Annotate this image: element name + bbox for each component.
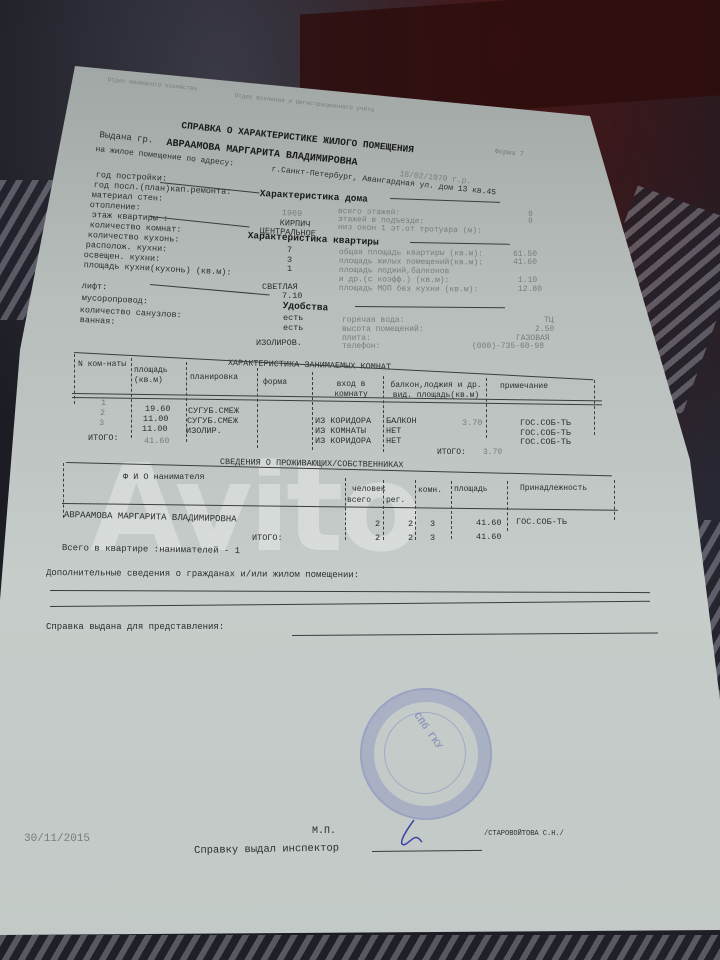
balcony-total-label: ИТОГО:	[437, 448, 466, 457]
residents-total-registered: 2	[408, 533, 413, 543]
phone-label: телефон:	[342, 342, 380, 351]
header-room-number: N ком-наты	[78, 360, 128, 370]
elevator-value: есть	[283, 313, 303, 323]
issued-to-label: Выдана гр.	[99, 130, 154, 146]
header-ownership: Принадлежность	[520, 484, 587, 493]
apartment-section-title: Характеристика квартиры	[247, 230, 379, 248]
form-label: Форма 7	[494, 148, 524, 159]
issue-date: 30/11/2015	[24, 833, 90, 845]
header-rooms: комн.	[418, 486, 442, 495]
residents-total-area: 41.60	[476, 532, 502, 542]
header-balcony: балкон,лоджия и др. вид. площадь(кв.м)	[386, 381, 486, 401]
signature-icon	[392, 818, 432, 848]
official-stamp: СПб ГКУ	[360, 688, 492, 820]
residents-total-rooms: 3	[430, 533, 435, 543]
header-entrance: вход в комнату	[322, 380, 380, 400]
rooms-total-label: ИТОГО:	[88, 433, 119, 443]
bathtub-value: ИЗОЛИРОВ.	[256, 338, 302, 348]
divider	[355, 306, 505, 308]
ceiling-height-value: 2.50	[535, 325, 554, 334]
balcony-total-value: 3.70	[483, 448, 502, 457]
phone-value: (000)-735-60-98	[472, 342, 544, 351]
divider	[390, 198, 500, 203]
common-area-label: площадь МОП без кухни (кв.м):	[339, 284, 478, 294]
living-area-value: 41.60	[513, 258, 537, 267]
blank-line	[50, 601, 650, 607]
header-full-name: Ф И О нанимателя	[123, 472, 205, 482]
house-section-title: Характеристика дома	[259, 188, 368, 205]
amenities-section-title: Удобства	[282, 300, 328, 313]
header-note: примечание	[500, 382, 548, 391]
signature-line	[372, 850, 482, 852]
header-area: площадь (кв.м)	[134, 366, 186, 386]
bathtub-label: ванная:	[79, 315, 115, 327]
inspector-name: /СТАРОВОЙТОВА С.Н./	[484, 830, 564, 838]
residents-total-label: ИТОГО:	[252, 533, 283, 543]
residents-total-people: 2	[375, 533, 380, 543]
floors-in-entrance-value: 9	[528, 217, 533, 226]
kitchen-count-value: 1	[287, 264, 292, 274]
header-people-total: всего	[347, 496, 371, 505]
header-people: человек	[352, 485, 386, 494]
issued-for-label: Справка выдана для представления:	[46, 622, 224, 632]
header-layout: планировка	[190, 373, 238, 382]
divider	[410, 242, 510, 245]
rooms-total-area: 41.60	[144, 436, 170, 446]
hot-water-label: горячая вода:	[342, 316, 404, 325]
housing-certificate: Avito Отдел жилищного хозяйства Отдел вс…	[0, 0, 720, 960]
stamp-label: М.П.	[312, 826, 336, 837]
header-small-left: Отдел жилищного хозяйства	[107, 76, 197, 92]
inspector-label: Справку выдал инспектор	[194, 842, 339, 857]
floor-value: 7	[287, 245, 292, 255]
hot-water-value: ТЦ	[544, 316, 554, 325]
balcony-coef-value: 1.10	[518, 276, 537, 285]
residents-summary: Всего в квартире :нанимателей - 1	[62, 543, 240, 556]
garbage-chute-label: мусоропровод:	[81, 293, 148, 306]
ceiling-height-label: высота помещений:	[342, 325, 424, 334]
header-small-right: Отдел вселения и регистрационного учёта	[234, 92, 374, 114]
header-shape: форма	[263, 378, 287, 387]
divider	[150, 284, 270, 295]
garbage-chute-value: есть	[283, 323, 303, 333]
header-area: площадь	[454, 485, 488, 494]
blank-line	[50, 590, 650, 593]
header-people-registered: рег.	[386, 496, 405, 505]
blank-line	[292, 632, 658, 636]
window-height-label: низ окон 1 эт.от тротуара (м):	[338, 223, 482, 236]
elevator-label: лифт:	[81, 281, 107, 292]
common-area-value: 12.80	[518, 285, 542, 294]
